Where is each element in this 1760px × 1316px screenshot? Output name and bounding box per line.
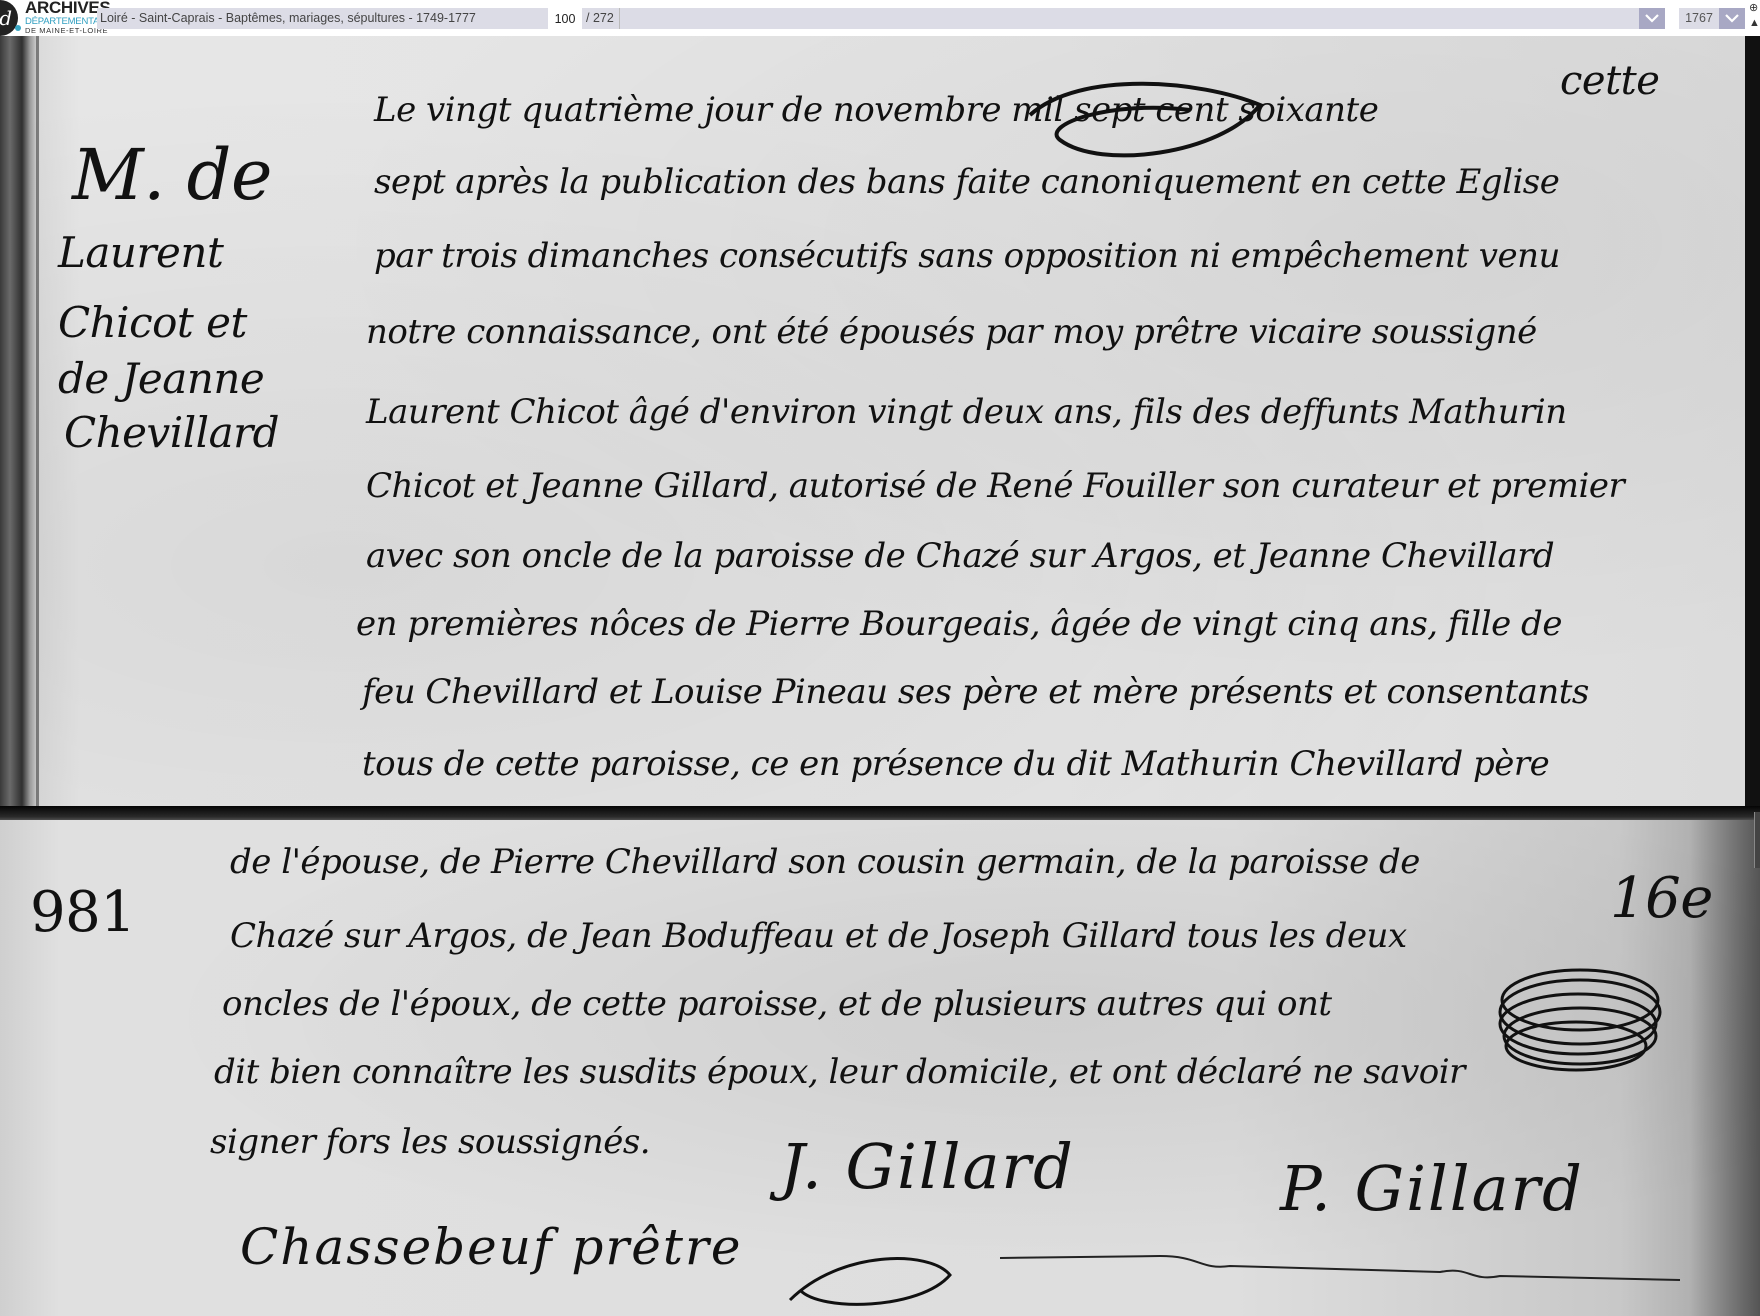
margin-note-line: de Jeanne — [58, 358, 264, 400]
text-line: en premières nôces de Pierre Bourgeais, … — [356, 604, 1562, 644]
zoom-in-icon[interactable]: ⊕ — [1749, 1, 1760, 16]
text-line: sept après la publication des bans faite… — [374, 162, 1559, 202]
text-line: signer fors les soussignés. — [210, 1122, 650, 1162]
tool-icons[interactable]: ⊕ ▲ — [1749, 1, 1760, 35]
text-line: Chazé sur Argos, de Jean Boduffeau et de… — [230, 916, 1407, 956]
margin-note-line: Laurent — [58, 232, 223, 274]
corner-word: cette — [1560, 58, 1659, 104]
alert-icon[interactable]: ▲ — [1749, 16, 1760, 31]
text-line: feu Chevillard et Louise Pineau ses père… — [362, 672, 1589, 712]
scribbled-mark — [1480, 940, 1670, 1080]
text-line: tous de cette paroisse, ce en présence d… — [362, 744, 1549, 784]
signature: P. Gillard — [1280, 1152, 1584, 1225]
page-number-input[interactable] — [548, 8, 582, 31]
year-dropdown-button[interactable] — [1719, 8, 1745, 29]
document-viewer[interactable]: M. de Laurent Chicot et de Jeanne Chevil… — [0, 0, 1760, 1316]
page-edge-shadow — [1690, 820, 1760, 1316]
section-select[interactable] — [620, 8, 1639, 29]
logo-badge: d — [0, 0, 18, 36]
chevron-down-icon — [1725, 14, 1739, 23]
signature: J. Gillard — [780, 1130, 1075, 1203]
register-page-bottom[interactable]: 981 de l'épouse, de Pierre Chevillard so… — [0, 820, 1760, 1316]
folio-number: 981 — [30, 880, 135, 945]
text-line: dit bien connaître les susdits époux, le… — [214, 1052, 1465, 1092]
logo-dot — [15, 25, 21, 31]
year-select[interactable]: 1767 — [1679, 8, 1719, 29]
text-line: Laurent Chicot âgé d'environ vingt deux … — [366, 392, 1567, 432]
section-dropdown-button[interactable] — [1639, 8, 1665, 29]
page-binding — [0, 0, 38, 808]
margin-note-title: M. de — [72, 140, 272, 210]
text-line: de l'épouse, de Pierre Chevillard son co… — [230, 842, 1420, 882]
page-total: / 272 — [582, 8, 620, 29]
archives-logo[interactable]: d ARCHIVES DÉPARTEMENTALES DE MAINE-ET-L… — [0, 0, 110, 36]
chevron-down-icon — [1645, 14, 1659, 23]
margin-note-line: Chevillard — [64, 412, 279, 454]
text-line: notre connaissance, ont été épousés par … — [366, 312, 1537, 352]
viewer-toolbar: d ARCHIVES DÉPARTEMENTALES DE MAINE-ET-L… — [0, 0, 1760, 36]
signature-flourish — [780, 1240, 960, 1316]
text-line: oncles de l'époux, de cette paroisse, et… — [222, 984, 1332, 1024]
underline-flourish — [1000, 1240, 1700, 1300]
text-line: avec son oncle de la paroisse de Chazé s… — [366, 536, 1554, 576]
flourish-decoration — [1020, 60, 1280, 170]
text-line: par trois dimanches consécutifs sans opp… — [374, 236, 1560, 276]
register-page-top[interactable]: M. de Laurent Chicot et de Jeanne Chevil… — [0, 0, 1745, 808]
margin-note-line: Chicot et — [58, 302, 247, 344]
logo-line3: DE MAINE-ET-LOIRE — [25, 26, 108, 35]
signature: Chassebeuf prêtre — [240, 1218, 742, 1276]
margin-rule — [36, 0, 39, 808]
vertical-scrollbar[interactable] — [1754, 812, 1760, 868]
document-title: Loiré - Saint-Caprais - Baptêmes, mariag… — [97, 8, 548, 29]
text-line: Chicot et Jeanne Gillard, autorisé de Re… — [366, 466, 1624, 506]
